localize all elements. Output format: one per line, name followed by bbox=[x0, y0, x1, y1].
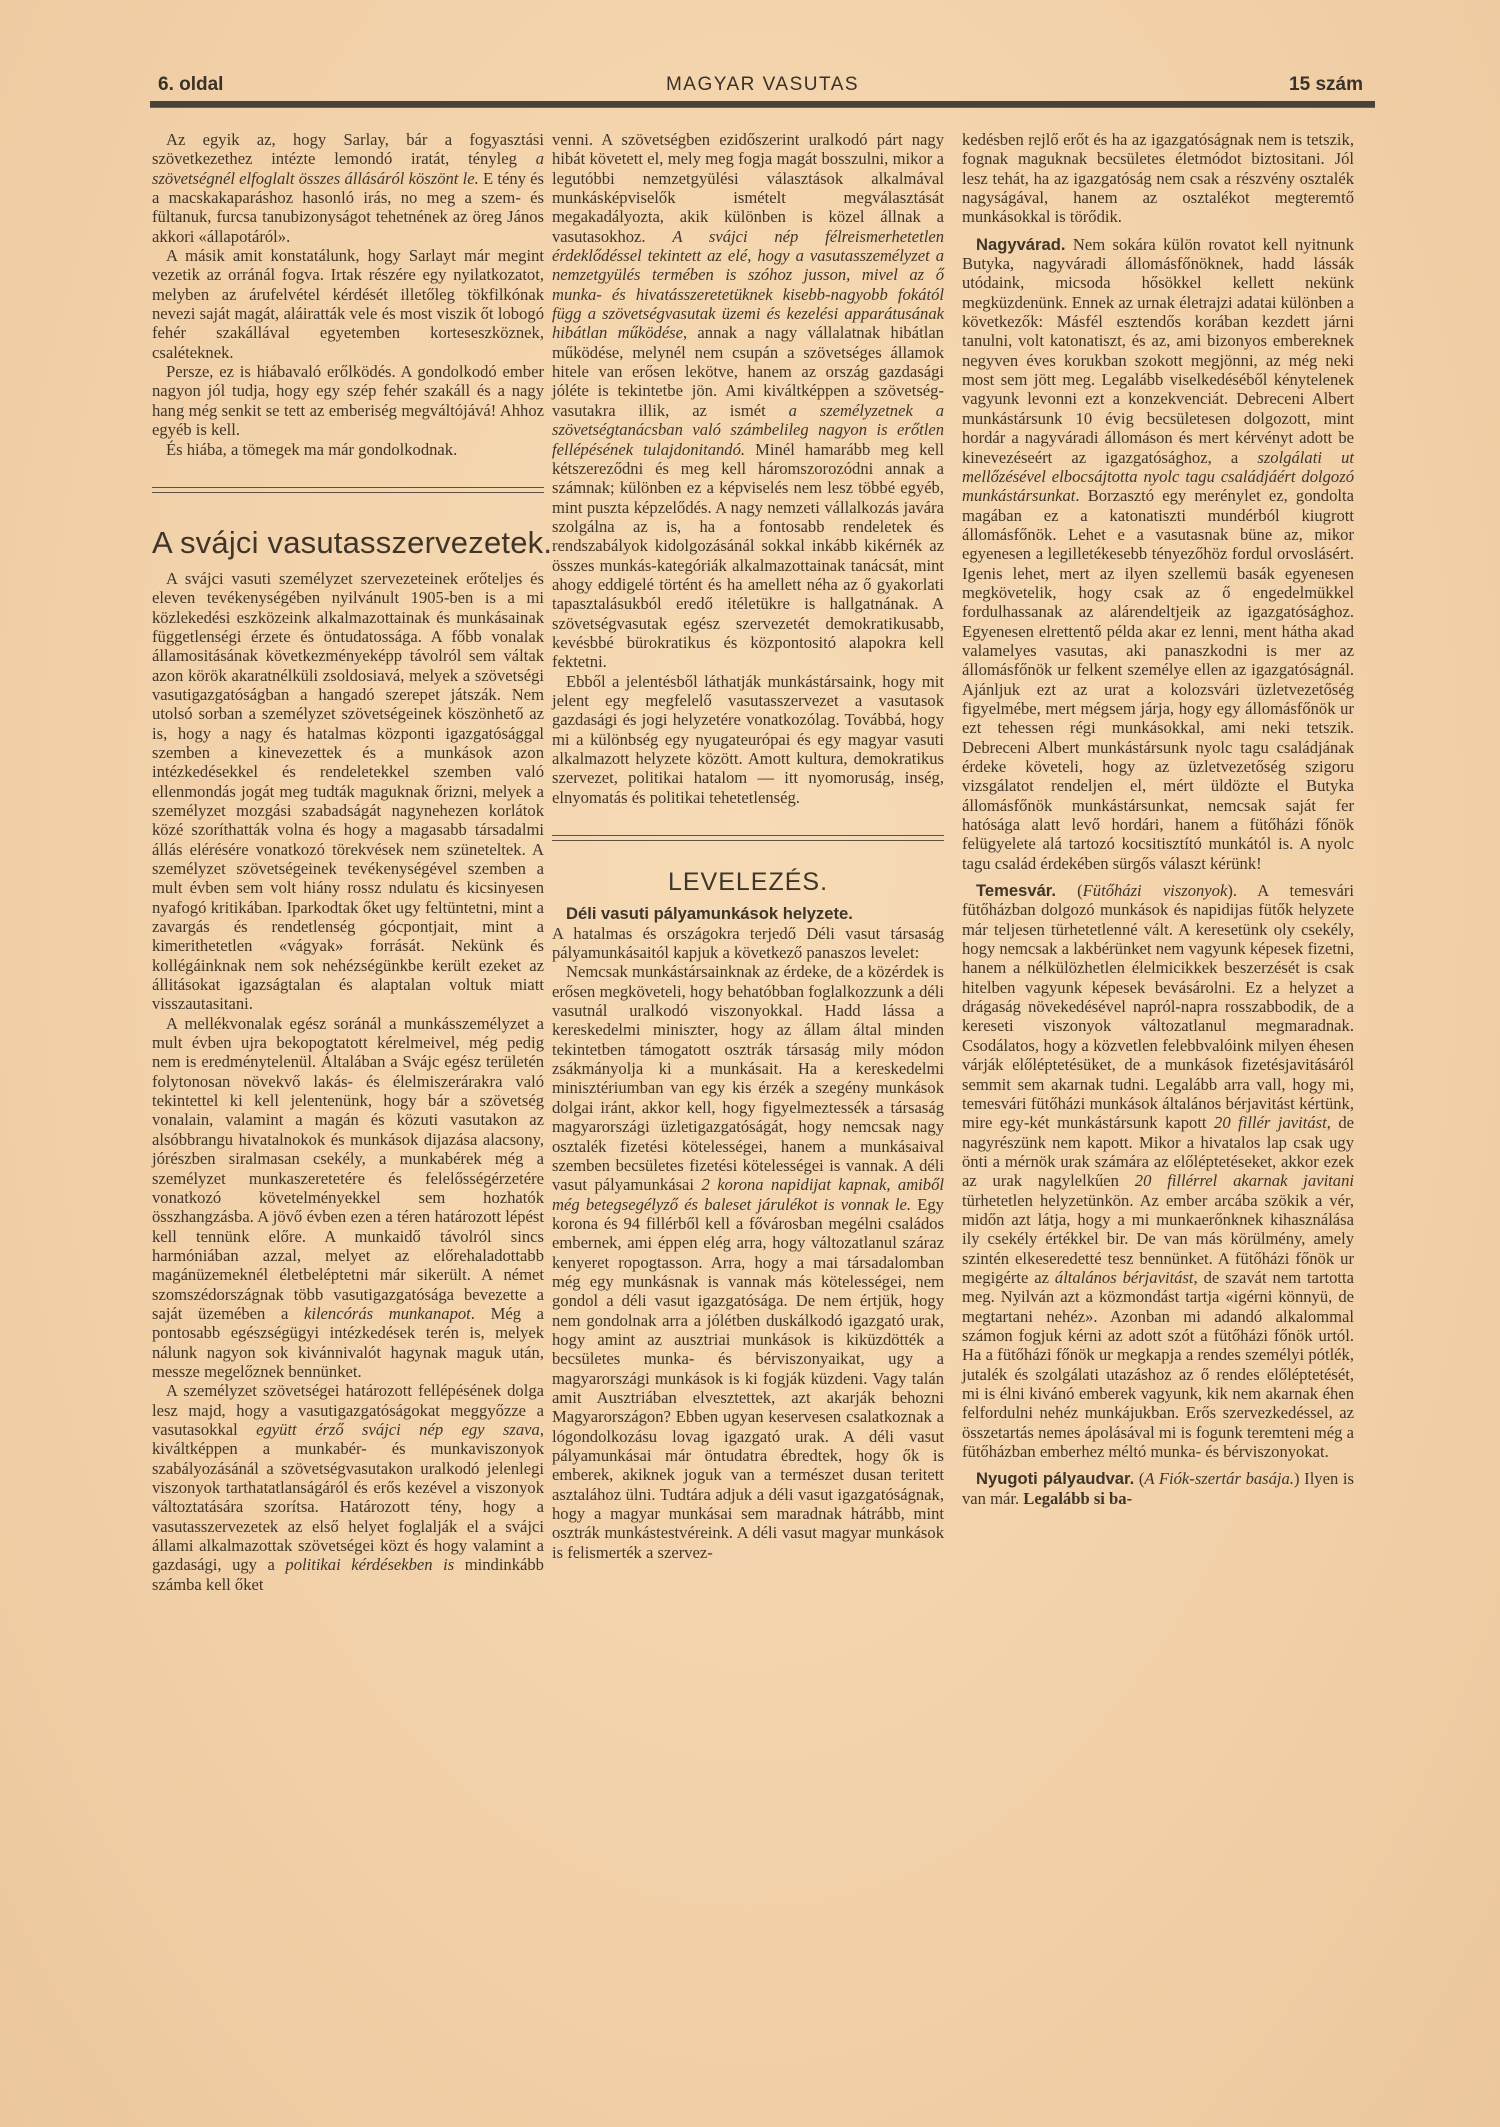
column-3: kedésben rejlő erőt és ha az igazgatóság… bbox=[962, 130, 1354, 1508]
masthead: 6. oldal MAGYAR VASUTAS 15 szám bbox=[150, 74, 1375, 96]
emphasis: A Fiók-szertár basája. bbox=[1144, 1469, 1294, 1488]
newspaper-title: MAGYAR VASUTAS bbox=[150, 74, 1375, 96]
paragraph: Nemcsak munkástársainknak az érdeke, de … bbox=[552, 962, 944, 1562]
paragraph: És hiába, a tömegek ma már gondolkodnak. bbox=[152, 440, 544, 459]
paragraph: Ebből a jelentésből láthatják munkástárs… bbox=[552, 672, 944, 807]
emphasis: általános bérjavitást bbox=[1055, 1268, 1194, 1287]
paragraph: A személyzet szövetségei határozott fell… bbox=[152, 1381, 544, 1594]
paragraph: A másik amit konstatálunk, hogy Sarlayt … bbox=[152, 246, 544, 362]
paragraph: kedésben rejlő erőt és ha az igazgatóság… bbox=[962, 130, 1354, 227]
paragraph-nagyvarad: Nagyvárad. Nem sokára külön rovatot kell… bbox=[962, 235, 1354, 873]
paragraph: A svájci vasuti személyzet szervezeteine… bbox=[152, 569, 544, 1014]
section-title-correspondence: LEVELEZÉS. bbox=[552, 873, 944, 892]
section-divider bbox=[152, 487, 544, 493]
place-label: Nyugoti pályaudvar. bbox=[976, 1469, 1134, 1488]
paragraph: A mellékvonalak egész soránál a munkássz… bbox=[152, 1014, 544, 1382]
column-2: venni. A szövetségben ezidőszerint uralk… bbox=[552, 130, 944, 1562]
article-title-swiss-railway-organizations: A svájci vasutasszervezetek. bbox=[152, 525, 544, 561]
emphasis: 20 fillér javitást bbox=[1214, 1113, 1327, 1132]
masthead-rule bbox=[150, 101, 1375, 108]
emphasis: együtt érző svájci nép egy szava bbox=[256, 1420, 540, 1439]
section-divider bbox=[552, 835, 944, 841]
paragraph: venni. A szövetségben ezidőszerint uralk… bbox=[552, 130, 944, 672]
paragraph-nyugoti: Nyugoti pályaudvar. (A Fiók-szertár basá… bbox=[962, 1469, 1354, 1508]
place-label: Temesvár. bbox=[976, 881, 1056, 900]
issue-number: 15 szám bbox=[1289, 74, 1363, 96]
paragraph: A hatalmas és országokra terjedő Déli va… bbox=[552, 924, 944, 963]
emphasis: kilencórás munkanapot bbox=[304, 1304, 471, 1323]
emphasis: Fütőházi viszonyok bbox=[1083, 881, 1228, 900]
paragraph: Persze, ez is hiábavaló erőlködés. A gon… bbox=[152, 362, 544, 439]
bold-text: Legalább si ba- bbox=[1023, 1489, 1132, 1508]
paragraph-temesvar: Temesvár. (Fütőházi viszonyok). A temesv… bbox=[962, 881, 1354, 1461]
place-label: Nagyvárad. bbox=[976, 235, 1065, 254]
column-1: Az egyik az, hogy Sarlay, bár a fogyaszt… bbox=[152, 130, 544, 1594]
emphasis: politikai kérdésekben is bbox=[285, 1555, 454, 1574]
paragraph: Az egyik az, hogy Sarlay, bár a fogyaszt… bbox=[152, 130, 544, 246]
emphasis: 20 fillérrel akarnak javitani bbox=[1135, 1171, 1354, 1190]
subheading: Déli vasuti pályamunkások helyzete. bbox=[552, 904, 944, 923]
